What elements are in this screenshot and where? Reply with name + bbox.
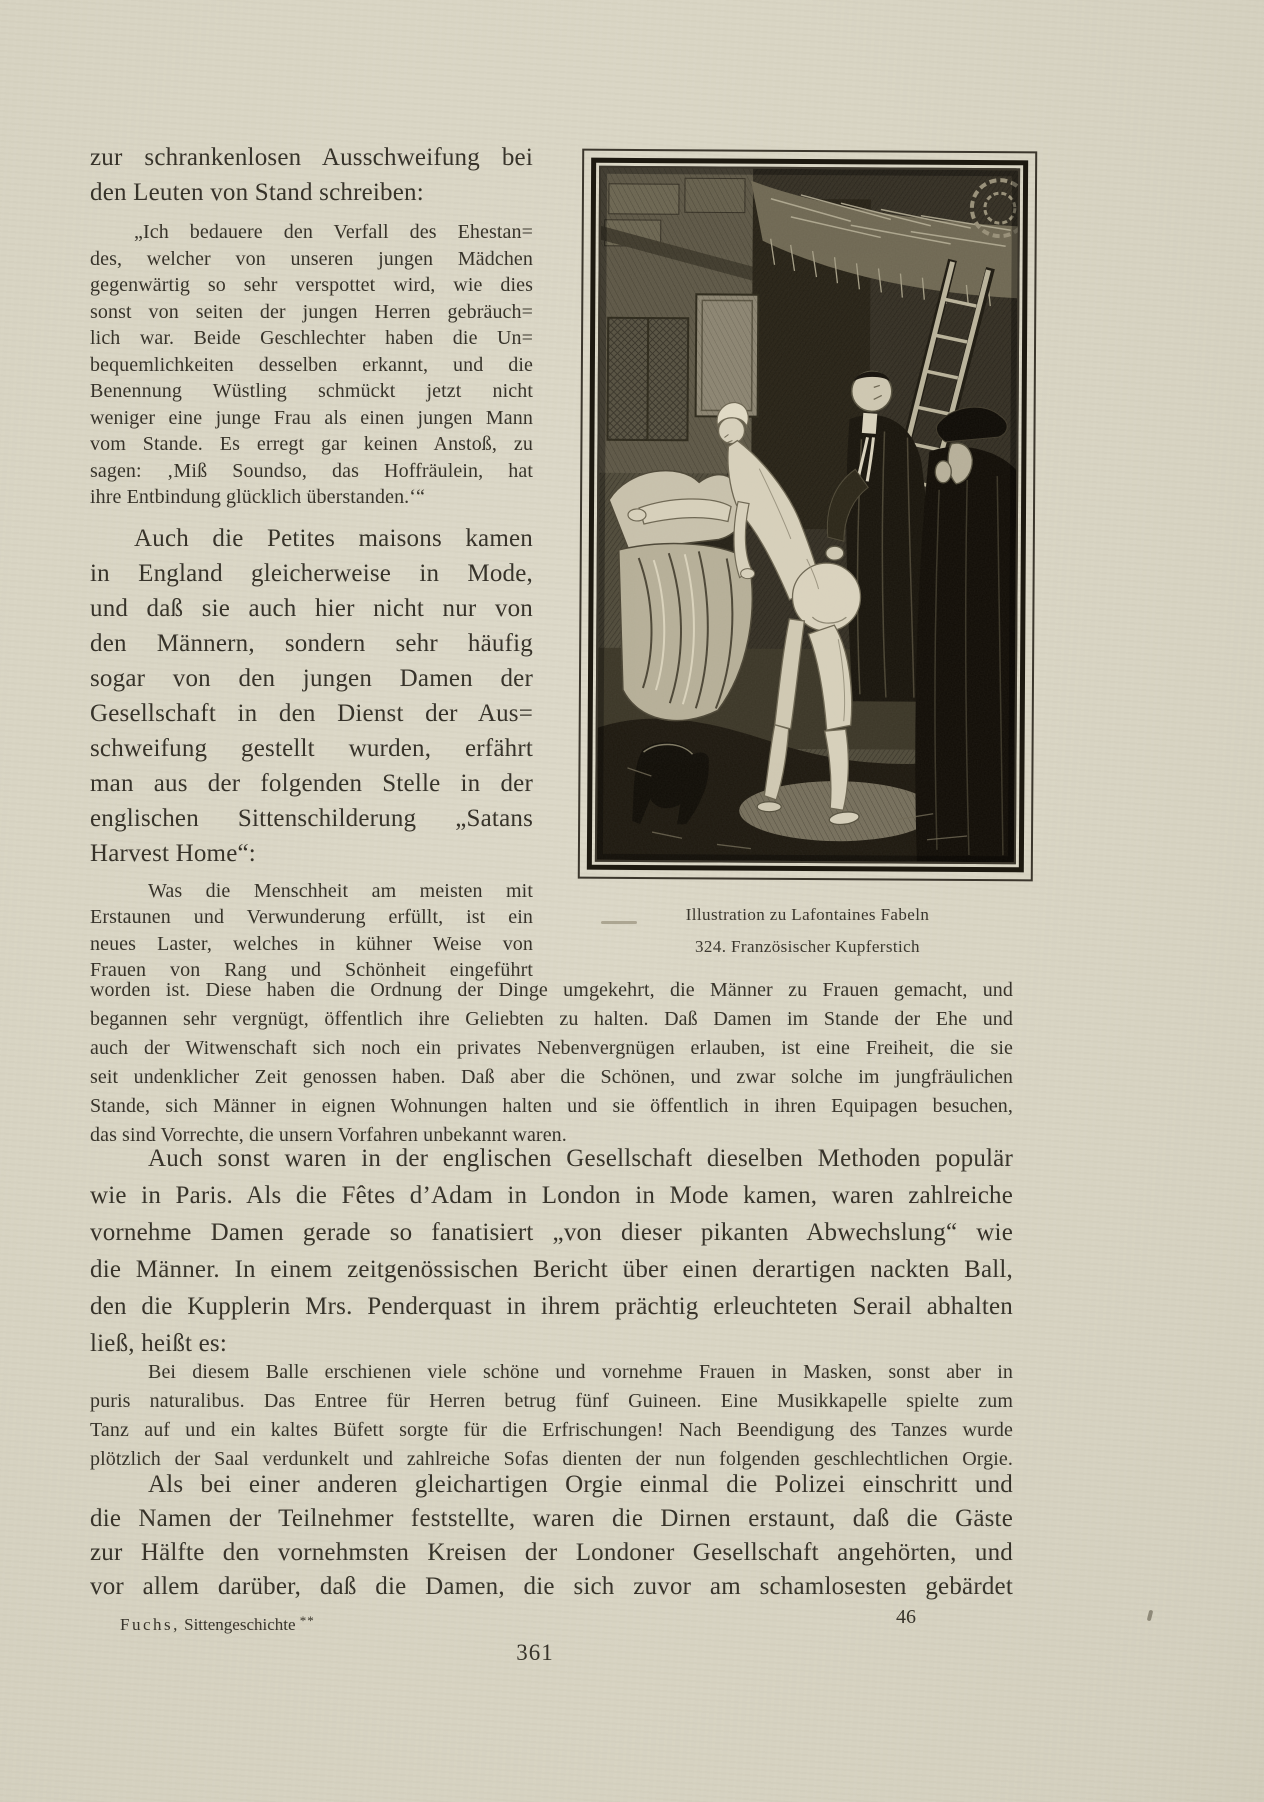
text-line: Tanz auf und ein kaltes Büfett sorgte fü… bbox=[90, 1416, 1013, 1445]
text-line: weniger eine junge Frau als einen jungen… bbox=[90, 405, 533, 432]
caption-line-2: 324. Französischer Kupferstich bbox=[580, 931, 1035, 963]
page-number: 361 bbox=[493, 1640, 577, 1666]
paragraph-quote-ehestand: „Ich bedauere den Verfall des Ehestan=de… bbox=[90, 219, 533, 511]
text-line: wie in Paris. Als die Fêtes d’Adam in Lo… bbox=[90, 1177, 1013, 1214]
book-page-scan: zur schrankenlosen Ausschweifung beiden … bbox=[0, 0, 1264, 1802]
text-line: Gesellschaft in den Dienst der Aus= bbox=[90, 696, 533, 731]
text-line: englischen Sittenschilderung „Satans bbox=[90, 801, 533, 836]
text-line: vom Stande. Es erregt gar keinen Anstoß,… bbox=[90, 431, 533, 458]
text-line: und daß sie auch hier nicht nur von bbox=[90, 591, 533, 626]
text-line: seit undenklicher Zeit genossen haben. D… bbox=[90, 1063, 1013, 1092]
text-line: Als bei einer anderen gleichartigen Orgi… bbox=[90, 1468, 1013, 1502]
print-smudge bbox=[601, 921, 637, 924]
text-line: Auch die Petites maisons kamen bbox=[90, 521, 533, 556]
figure-caption: Illustration zu Lafontaines Fabeln 324. … bbox=[580, 899, 1035, 963]
paragraph-police-raid: Als bei einer anderen gleichartigen Orgi… bbox=[90, 1468, 1013, 1604]
paragraph-petites-maisons: Auch die Petites maisons kamenin England… bbox=[90, 521, 533, 871]
engraving-illustration bbox=[597, 168, 1018, 863]
text-line: „Ich bedauere den Verfall des Ehestan= bbox=[90, 219, 533, 246]
left-text-column: zur schrankenlosen Ausschweifung beiden … bbox=[90, 140, 533, 984]
text-line: puris naturalibus. Das Entree für Herren… bbox=[90, 1387, 1013, 1416]
text-line: den Männern, sondern sehr häufig bbox=[90, 626, 533, 661]
text-line: ihre Entbindung glücklich überstanden.‘“ bbox=[90, 484, 533, 511]
figure-frame-outer bbox=[578, 149, 1037, 882]
text-line: sagen: ‚Miß Soundso, das Hoffräulein, ha… bbox=[90, 458, 533, 485]
text-line: auch der Witwenschaft sich noch ein priv… bbox=[90, 1034, 1013, 1063]
text-line: bequemlichkeiten desselben erkannt, und … bbox=[90, 352, 533, 379]
text-line: zur Hälfte den vornehmsten Kreisen der L… bbox=[90, 1536, 1013, 1570]
footer-author: Fuchs, bbox=[120, 1615, 180, 1634]
text-line: die Männer. In einem zeitgenössischen Be… bbox=[90, 1251, 1013, 1288]
paragraph-fetes-adam: Auch sonst waren in der englischen Gesel… bbox=[90, 1140, 1013, 1362]
text-line: Erstaunen und Verwunderung erfüllt, ist … bbox=[90, 904, 533, 931]
text-line: man aus der folgenden Stelle in der bbox=[90, 766, 533, 801]
figure-frame-rule bbox=[587, 158, 1028, 873]
text-line: Harvest Home“: bbox=[90, 836, 533, 871]
running-footer: Fuchs, Sittengeschichte ** bbox=[120, 1613, 315, 1635]
text-line: schweifung gestellt wurden, erfährt bbox=[90, 731, 533, 766]
text-line: Stande, sich Männer in eignen Wohnungen … bbox=[90, 1092, 1013, 1121]
sheet-number: 46 bbox=[884, 1606, 928, 1629]
text-line: gegenwärtig so sehr verspottet wird, wie… bbox=[90, 272, 533, 299]
text-line: ließ, heißt es: bbox=[90, 1325, 1013, 1362]
text-line: sonst von seiten der jungen Herren gebrä… bbox=[90, 299, 533, 326]
text-line: in England gleicherweise in Mode, bbox=[90, 556, 533, 591]
footer-mark: ** bbox=[300, 1613, 315, 1628]
paragraph-intro: zur schrankenlosen Ausschweifung beiden … bbox=[90, 140, 533, 210]
text-line: den die Kupplerin Mrs. Penderquast in ih… bbox=[90, 1288, 1013, 1325]
text-line: zur schrankenlosen Ausschweifung bei bbox=[90, 140, 533, 175]
text-line: Auch sonst waren in der englischen Gesel… bbox=[90, 1140, 1013, 1177]
text-line: Bei diesem Balle erschienen viele schöne… bbox=[90, 1358, 1013, 1387]
text-line: worden ist. Diese haben die Ordnung der … bbox=[90, 976, 1013, 1005]
text-line: den Leuten von Stand schreiben: bbox=[90, 175, 533, 210]
text-line: Benennung Wüstling schmückt jetzt nicht bbox=[90, 378, 533, 405]
text-line: vor allem darüber, daß die Damen, die si… bbox=[90, 1570, 1013, 1604]
caption-line-1: Illustration zu Lafontaines Fabeln bbox=[580, 899, 1035, 931]
text-line: neues Laster, welches in kühner Weise vo… bbox=[90, 931, 533, 958]
figure bbox=[578, 149, 1037, 882]
paragraph-ball-quote: Bei diesem Balle erschienen viele schöne… bbox=[90, 1358, 1013, 1474]
text-line: des, welcher von unseren jungen Mädchen bbox=[90, 246, 533, 273]
stray-ink-mark bbox=[1147, 1610, 1154, 1622]
footer-title: Sittengeschichte bbox=[184, 1615, 295, 1634]
text-line: vornehme Damen gerade so fanatisiert „vo… bbox=[90, 1214, 1013, 1251]
text-line: lich war. Beide Geschlechter haben die U… bbox=[90, 325, 533, 352]
text-line: die Namen der Teilnehmer feststellte, wa… bbox=[90, 1502, 1013, 1536]
figure-plate bbox=[595, 166, 1020, 865]
paragraph-satans-harvest: Was die Menschheit am meisten mitErstaun… bbox=[90, 878, 533, 984]
text-line: begannen sehr vergnügt, öffentlich ihre … bbox=[90, 1005, 1013, 1034]
text-line: sogar von den jungen Damen der bbox=[90, 661, 533, 696]
text-line: Was die Menschheit am meisten mit bbox=[90, 878, 533, 905]
paragraph-quote-continuation: worden ist. Diese haben die Ordnung der … bbox=[90, 976, 1013, 1150]
